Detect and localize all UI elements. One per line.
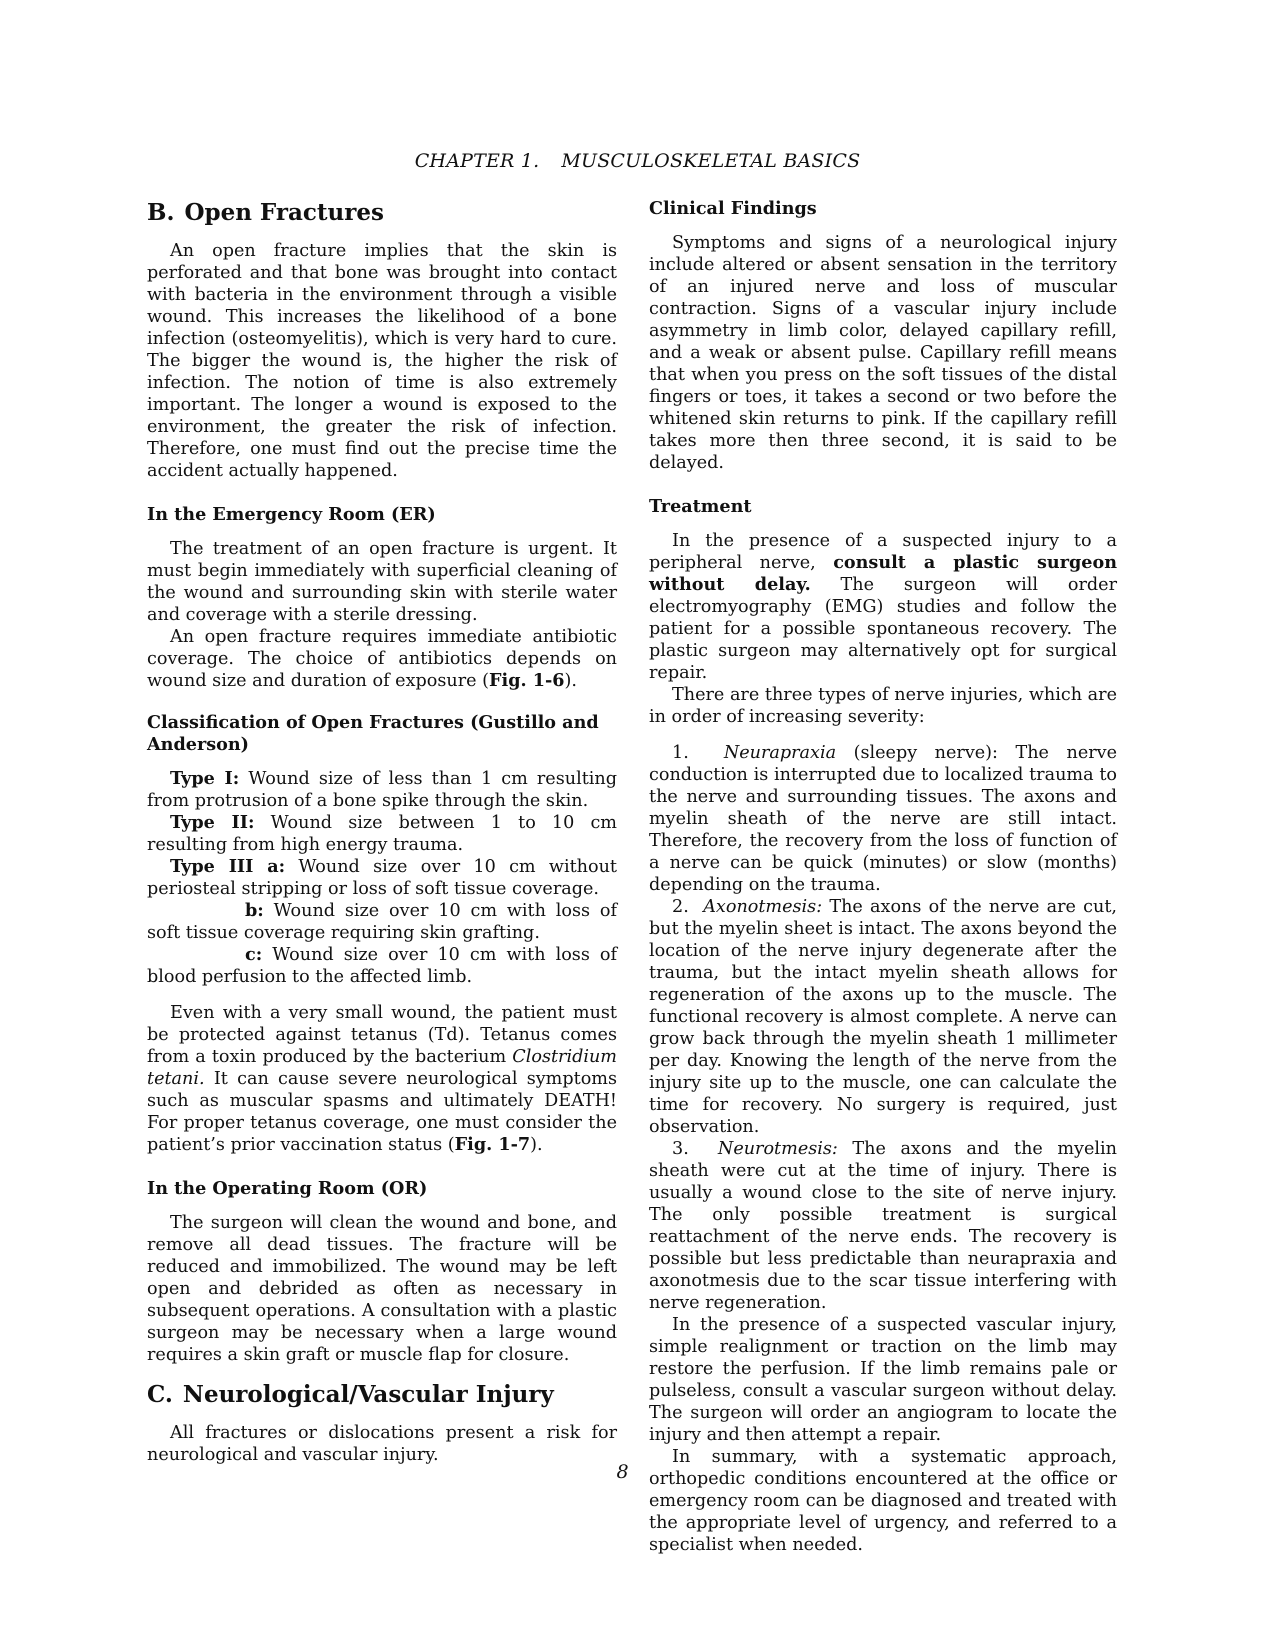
figure-reference: Fig. 1-7 bbox=[455, 1134, 531, 1155]
open-fractures-intro: An open fracture implies that the skin i… bbox=[147, 240, 617, 482]
classification-heading: Classification of Open Fractures (Gustil… bbox=[147, 712, 617, 756]
er-heading: In the Emergency Room (ER) bbox=[147, 504, 617, 526]
page-number: 8 bbox=[0, 1461, 1245, 1483]
injury-axonotmesis: 2. Axonotmesis: The axons of the nerve a… bbox=[649, 896, 1117, 1138]
clinical-findings-heading: Clinical Findings bbox=[649, 198, 1117, 220]
right-column: Clinical Findings Symptoms and signs of … bbox=[649, 198, 1117, 1556]
figure-reference: Fig. 1-6 bbox=[489, 670, 565, 691]
neuro-vascular-intro: All fractures or dislocations present a … bbox=[147, 1422, 617, 1466]
clinical-findings-paragraph: Symptoms and signs of a neurological inj… bbox=[649, 232, 1117, 474]
treatment-paragraph-1: In the presence of a suspected injury to… bbox=[649, 530, 1117, 684]
tetanus-paragraph: Even with a very small wound, the patien… bbox=[147, 1002, 617, 1156]
or-heading: In the Operating Room (OR) bbox=[147, 1178, 617, 1200]
section-b-heading: B.Open Fractures bbox=[147, 198, 617, 228]
chapter-label: CHAPTER 1. bbox=[415, 150, 540, 172]
type-3c: c: Wound size over 10 cm with loss of bl… bbox=[147, 944, 617, 988]
or-paragraph: The surgeon will clean the wound and bon… bbox=[147, 1212, 617, 1366]
er-paragraph-1: The treatment of an open fracture is urg… bbox=[147, 538, 617, 626]
type-1: Type I: Wound size of less than 1 cm res… bbox=[147, 768, 617, 812]
er-paragraph-2: An open fracture requires immediate anti… bbox=[147, 626, 617, 692]
injury-neurapraxia: 1. Neurapraxia (sleepy nerve): The nerve… bbox=[649, 742, 1117, 896]
treatment-paragraph-2: There are three types of nerve injuries,… bbox=[649, 684, 1117, 728]
left-column: B.Open Fractures An open fracture implie… bbox=[147, 198, 617, 1466]
type-3a: Type III a: Wound size over 10 cm withou… bbox=[147, 856, 617, 900]
type-2: Type II: Wound size between 1 to 10 cm r… bbox=[147, 812, 617, 856]
vascular-paragraph: In the presence of a suspected vascular … bbox=[649, 1314, 1117, 1446]
treatment-heading: Treatment bbox=[649, 496, 1117, 518]
chapter-title: MUSCULOSKELETAL BASICS bbox=[561, 150, 860, 172]
running-header: CHAPTER 1.MUSCULOSKELETAL BASICS bbox=[0, 150, 1275, 172]
type-3b: b: Wound size over 10 cm with loss of so… bbox=[147, 900, 617, 944]
injury-neurotmesis: 3. Neurotmesis: The axons and the myelin… bbox=[649, 1138, 1117, 1314]
section-c-heading: C.Neurological/Vascular Injury bbox=[147, 1380, 617, 1410]
